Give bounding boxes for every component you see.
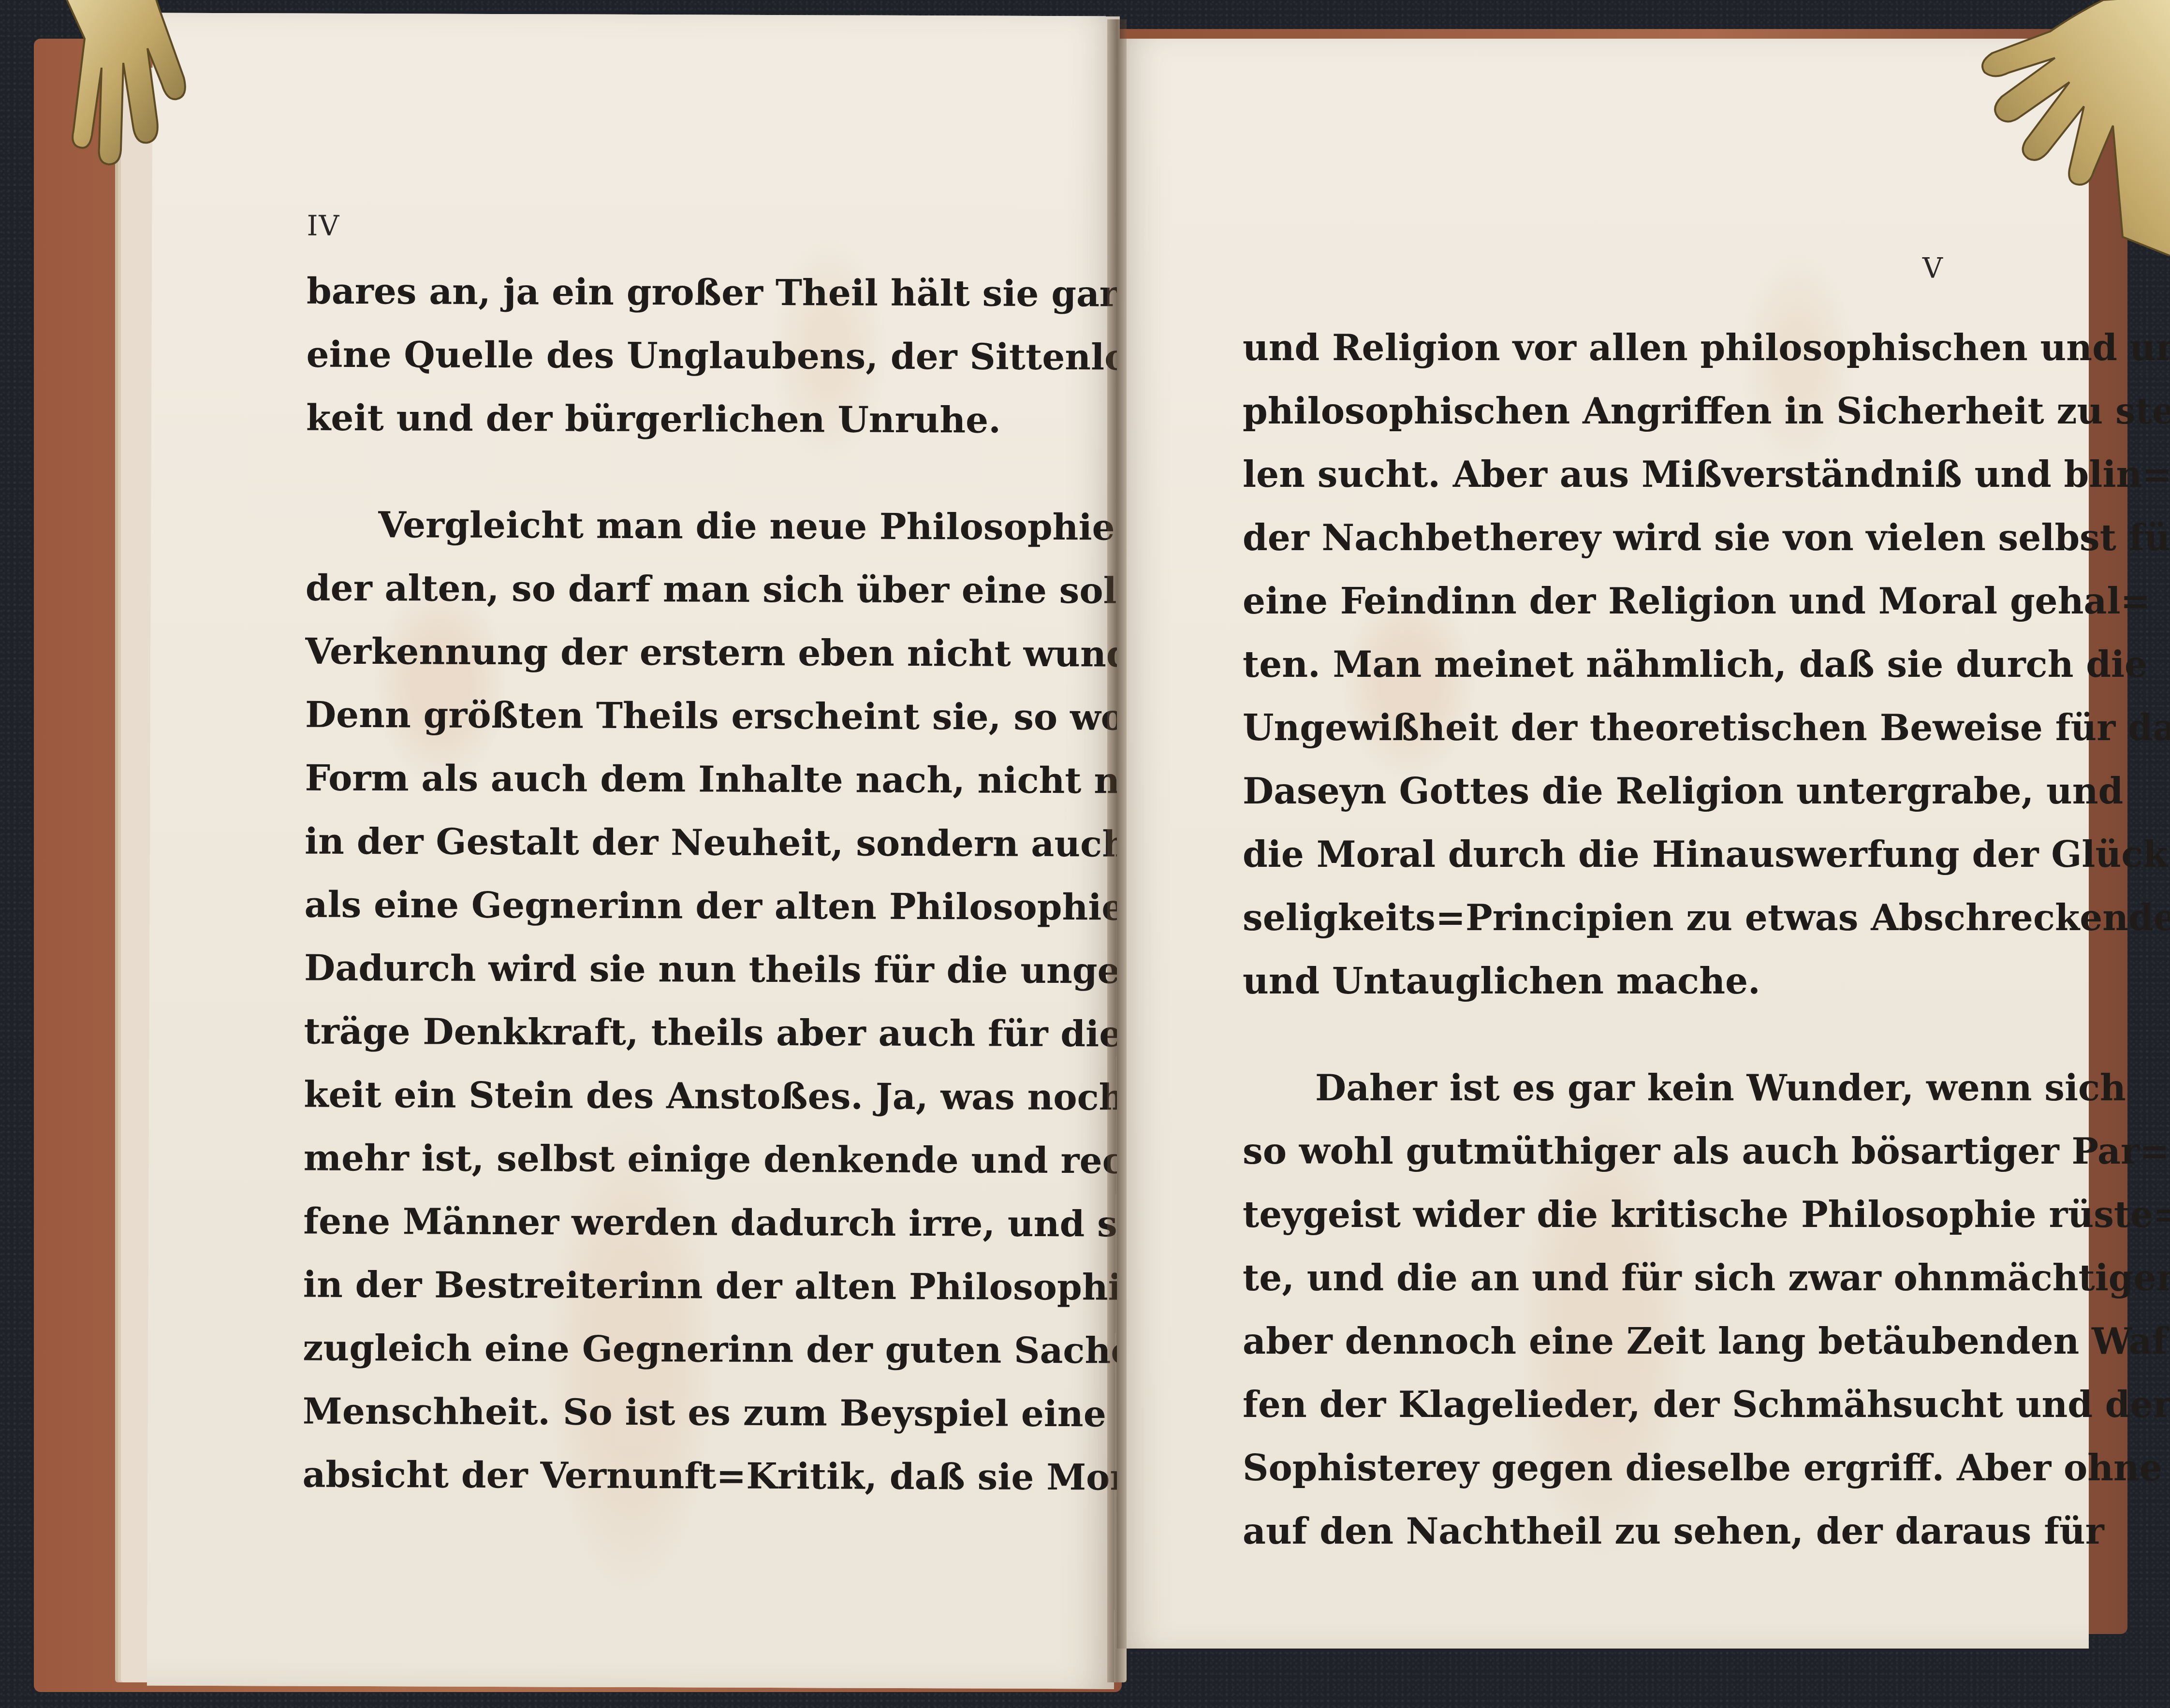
text-line: ten. Man meinet nähmlich, daß sie durch … [1243, 633, 1929, 697]
text-line: eine Feindinn der Religion und Moral geh… [1243, 570, 1929, 633]
text-line: absicht der Vernunft=Kritik, daß sie Mor… [302, 1444, 998, 1509]
text-line: aber dennoch eine Zeit lang betäubenden … [1243, 1310, 1929, 1373]
text-line: bares an, ja ein großer Theil hält sie g… [307, 260, 1003, 326]
text-line: und Religion vor allen philosophischen u… [1243, 317, 1929, 380]
left-page-text: bares an, ja ein großer Theil hält sie g… [302, 260, 1003, 1509]
text-line: fen der Klagelieder, der Schmähsucht und… [1243, 1373, 1929, 1437]
text-line: fene Männer werden dadurch irre, und seh… [303, 1190, 999, 1256]
text-line: Denn größten Theils erscheint sie, so wo… [305, 684, 1001, 749]
paragraph-gap [1243, 1013, 1929, 1057]
text-line: und Untauglichen mache. [1243, 950, 1929, 1013]
text-line: die Moral durch die Hinauswerfung der Gl… [1243, 823, 1929, 887]
text-line: der alten, so darf man sich über eine so… [306, 557, 1002, 623]
text-line: so wohl gutmüthiger als auch bösartiger … [1243, 1120, 1929, 1183]
text-line: zugleich eine Gegnerinn der guten Sache … [303, 1317, 999, 1383]
text-line: keit ein Stein des Anstoßes. Ja, was noc… [304, 1064, 1000, 1129]
book-gutter [1107, 19, 1127, 1682]
text-line: in der Gestalt der Neuheit, sondern auch [305, 810, 1001, 876]
text-line: Verkennung der erstern eben nicht wunder… [305, 620, 1001, 686]
text-line: Menschheit. So ist es zum Beyspiel eine … [303, 1380, 999, 1446]
text-line: als eine Gegnerinn der alten Philosophie… [304, 874, 1000, 939]
text-line: Ungewißheit der theoretischen Beweise fü… [1243, 697, 1929, 760]
text-line: Daher ist es gar kein Wunder, wenn sich [1243, 1057, 1929, 1120]
text-line: teygeist wider die kritische Philosophie… [1243, 1183, 1929, 1247]
text-line: träge Denkkraft, theils aber auch für di… [304, 1000, 1000, 1066]
text-line: keit und der bürgerlichen Unruhe. [306, 387, 1002, 453]
left-page: IV bares an, ja ein großer Theil hält si… [147, 13, 1120, 1689]
text-line: der Nachbetherey wird sie von vielen sel… [1243, 507, 1929, 570]
text-line: Sophisterey gegen dieselbe ergriff. Aber… [1243, 1437, 1929, 1500]
text-line: eine Quelle des Unglaubens, der Sittenlo… [306, 323, 1002, 389]
text-line: in der Bestreiterinn der alten Philosoph… [303, 1254, 999, 1319]
text-line: len sucht. Aber aus Mißverständniß und b… [1243, 443, 1929, 507]
brass-hand-holder-left-icon [39, 0, 290, 184]
text-line: mehr ist, selbst einige denkende und rec… [304, 1127, 1000, 1193]
brass-hand-holder-right-icon [1881, 0, 2170, 256]
text-line: Form als auch dem Inhalte nach, nicht nu… [305, 747, 1001, 813]
paragraph-gap [306, 450, 1002, 496]
text-line: seligkeits=Principien zu etwas Abschreck… [1243, 887, 1929, 950]
right-page: V und Religion vor allen philosophischen… [1117, 39, 2089, 1649]
page-number-left: IV [307, 209, 340, 242]
text-line: philosophischen Angriffen in Sicherheit … [1243, 380, 1929, 443]
text-line: Vergleicht man die neue Philosophie mit [306, 494, 1002, 559]
text-line: Dadurch wird sie nun theils für die unge… [304, 937, 1000, 1003]
page-number-right: V [1922, 251, 1944, 284]
right-page-text: und Religion vor allen philosophischen u… [1243, 317, 1929, 1563]
text-line: te, und die an und für sich zwar ohnmäch… [1243, 1247, 1929, 1310]
text-line: Daseyn Gottes die Religion untergrabe, u… [1243, 760, 1929, 823]
text-line: auf den Nachtheil zu sehen, der daraus f… [1243, 1500, 1929, 1563]
